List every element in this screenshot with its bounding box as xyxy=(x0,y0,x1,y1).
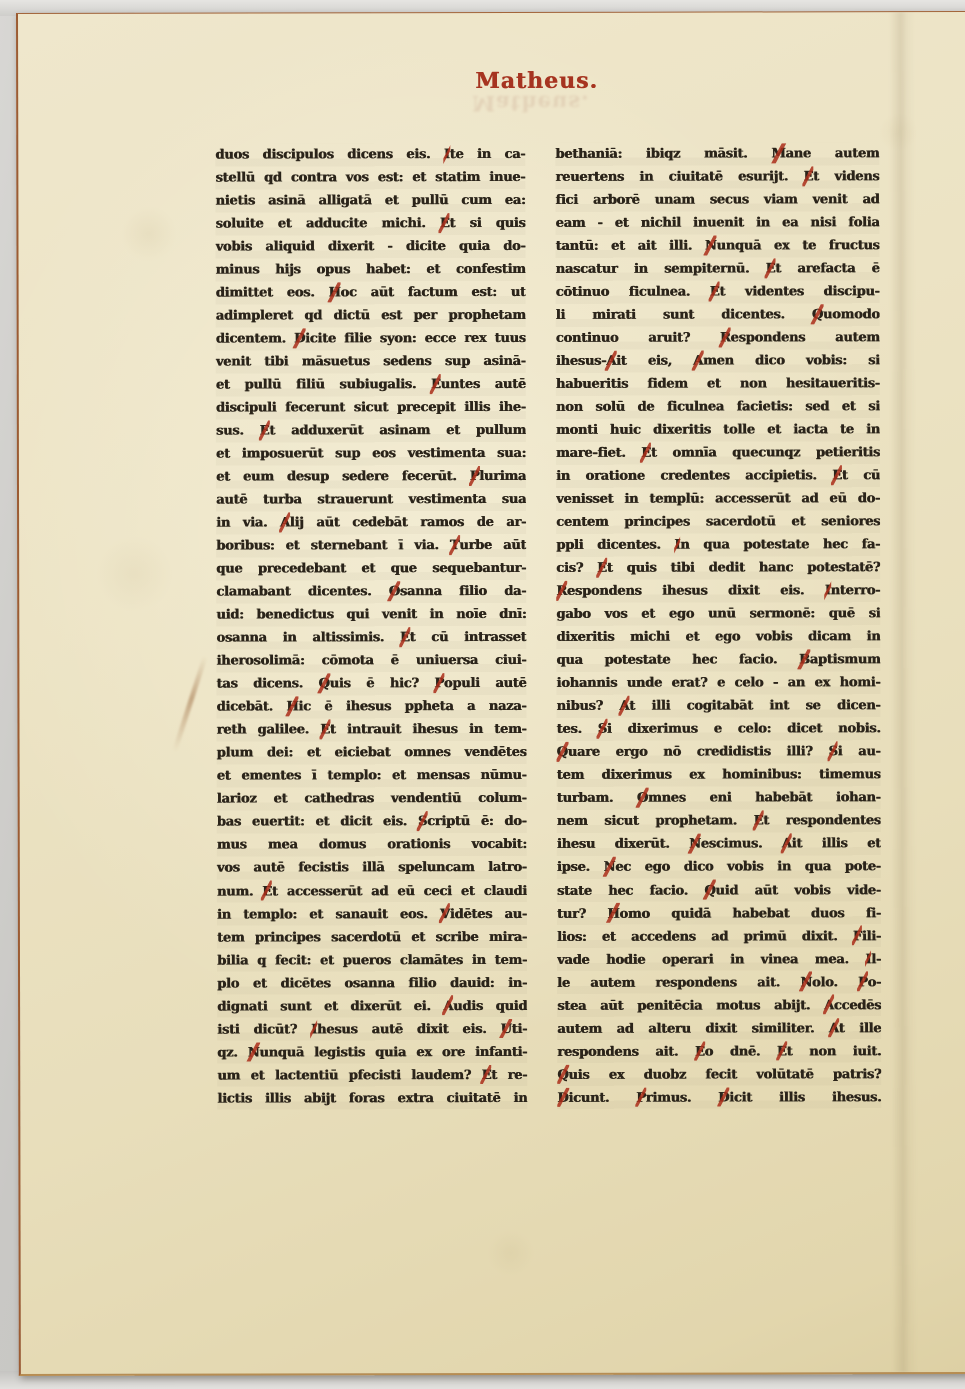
text-line: tas dicens. Quis ē hic? Populi autē xyxy=(216,672,526,696)
rubricated-capital: F xyxy=(853,925,862,948)
text-line: tem principes sacerdotū et scribe mira- xyxy=(217,925,527,949)
text-line: habueritis fidem et non hesitaueritis- xyxy=(556,372,880,396)
text-line: bilia q fecit: et pueros clamātes in tem… xyxy=(217,948,527,972)
text-line: bas euertit: et dicit eis. Scriptū ē: do… xyxy=(217,810,527,834)
text-line: qua potestate hec facio. Baptismum xyxy=(556,649,880,673)
text-line: Dicunt. Primus. Dicit illis ihesus. xyxy=(557,1086,881,1110)
rubricated-capital: E xyxy=(597,557,607,580)
text-line: lictis illis abijt foras extra ciuitatē … xyxy=(217,1087,527,1111)
text-line: larioz et cathedras vendentiū colum- xyxy=(217,787,527,811)
text-line: cis? Et quis tibi dedit hanc potestatē? xyxy=(556,556,880,580)
text-line: autem ad alteru dixit similiter. At ille xyxy=(557,1017,881,1041)
rubricated-capital: E xyxy=(481,1064,491,1087)
rubricated-capital: H xyxy=(328,281,340,304)
text-line: clamabant dicentes. Osanna filio da- xyxy=(216,580,526,604)
text-line: reth galilee. Et intrauit ihesus in tem- xyxy=(216,718,526,742)
text-line: dicentem. Dicite filie syon: ecce rex tu… xyxy=(216,327,526,351)
rubricated-capital: H xyxy=(607,902,619,925)
manuscript-photo: Matheus. Matheus. duos discipulos dicens… xyxy=(0,0,965,1389)
rubricated-capital: A xyxy=(782,833,792,856)
rubricated-capital: E xyxy=(803,165,813,188)
text-line: Quis ex duobz fecit volūtatē patris? xyxy=(557,1063,881,1087)
text-line: et pullū filiū subiugalis. Euntes autē xyxy=(216,373,526,397)
rubricated-capital: N xyxy=(800,971,812,994)
rubricated-capital: R xyxy=(720,327,731,350)
rubricated-capital: H xyxy=(286,696,298,719)
text-line: adimpleret qd dictū est per prophetam xyxy=(216,304,526,328)
text-line: tur? Homo quidā habebat duos fi- xyxy=(557,902,881,926)
text-line: le autem respondens ait. Nolo. Po- xyxy=(557,971,881,995)
rubricated-capital: A xyxy=(280,512,290,535)
text-line: vobis aliquid dixerit - dicite quia do- xyxy=(215,235,525,259)
rubricated-capital: N xyxy=(689,833,701,856)
rubricated-capital: E xyxy=(440,212,450,235)
text-line: in via. Alij aūt cedebāt ramos de ar- xyxy=(216,511,526,535)
rubricated-capital: P xyxy=(434,672,444,695)
rubricated-capital: Q xyxy=(704,879,715,902)
text-line: venit tibi māsuetus sedens sup asinā- xyxy=(216,350,526,374)
rubricated-capital: M xyxy=(771,142,785,165)
text-line: bethaniā: ibiqz māsit. Mane autem xyxy=(555,142,879,166)
text-line: mare-fiet. Et omnīa quecunqz petieritis xyxy=(556,441,880,465)
text-line: stea aūt penitēcia motus abijt. Accedēs xyxy=(557,994,881,1018)
text-line: dignati sunt et dixerūt ei. Audis quid xyxy=(217,995,527,1019)
rubricated-capital: E xyxy=(710,281,720,304)
rubricated-capital: N xyxy=(603,856,615,879)
text-line: num. Et accesserūt ad eū ceci et claudi xyxy=(217,879,527,903)
rubricated-capital: E xyxy=(431,373,441,396)
text-line: iohannis unde erat? e celo - an ex homi- xyxy=(556,672,880,696)
rubricated-capital: R xyxy=(556,580,567,603)
rubricated-capital: E xyxy=(765,257,775,280)
vellum-scar xyxy=(172,655,207,752)
text-line: fici arborē unam secus viam venit ad xyxy=(555,188,879,212)
running-title: Matheus. xyxy=(62,67,965,95)
rubricated-capital: D xyxy=(557,1086,568,1109)
rubricated-capital: A xyxy=(606,350,616,373)
rubricated-capital: E xyxy=(777,1040,787,1063)
text-line: autē turba strauerunt vestimenta sua xyxy=(216,488,526,512)
text-line: state hec facio. Quid aūt vobis vide- xyxy=(557,879,881,903)
manuscript-leaf: Matheus. Matheus. duos discipulos dicens… xyxy=(16,11,965,1376)
text-line: stellū qd contra vos est: et statim inue… xyxy=(215,166,525,190)
text-line: um et lactentiū pfecisti laudem? Et re- xyxy=(217,1064,527,1088)
rubricated-capital: I xyxy=(444,143,450,166)
text-line: dicebāt. Hic ē ihesus ppheta a naza- xyxy=(216,695,526,719)
text-line: venisset in templū: accesserūt ad eū do- xyxy=(556,487,880,511)
rubricated-capital: A xyxy=(693,350,703,373)
rubricated-capital: U xyxy=(500,1018,511,1041)
text-line: tantū: et ait illi. Nunquā ex te fructus xyxy=(555,234,879,258)
text-line: gabo vos et ego unū sermonē: quē si xyxy=(556,603,880,627)
text-line: in oratione credentes accipietis. Et cū xyxy=(556,464,880,488)
text-line: minus hijs opus habet: et confestim xyxy=(216,258,526,282)
rubricated-capital: O xyxy=(389,580,400,603)
text-line: et imposuerūt sup eos vestimenta sua: xyxy=(216,442,526,466)
rubricated-capital: S xyxy=(418,811,427,834)
rubricated-capital: B xyxy=(799,649,810,672)
rubricated-capital: Q xyxy=(318,673,329,696)
text-line: nascatur in sempiternū. Et arefacta ē xyxy=(556,257,880,281)
text-line: osanna in altissimis. Et cū intrasset xyxy=(216,626,526,650)
text-line: vos autē fecistis illā speluncam latro- xyxy=(217,856,527,880)
rubricated-capital: V xyxy=(440,903,450,926)
text-line: tes. Si dixerimus e celo: dicet nobis. xyxy=(556,718,880,742)
text-line: vade hodie operari in vinea mea. Il- xyxy=(557,948,881,972)
text-line: mus mea domus orationis vocabit: xyxy=(217,833,527,857)
rubricated-capital: P xyxy=(636,1086,646,1109)
text-line: ppli dicentes. In qua potestate hec fa- xyxy=(556,533,880,557)
text-line: que precedebant et que sequebantur- xyxy=(216,557,526,581)
text-line: nibus? At illi cogitabāt int se dicen- xyxy=(556,695,880,719)
rubricated-capital: I xyxy=(674,534,680,557)
rubricated-capital: E xyxy=(832,464,842,487)
rubricated-capital: P xyxy=(470,465,480,488)
text-line: isti dicūt? Ihesus autē dixit eis. Uti- xyxy=(217,1018,527,1042)
text-line: qz. Nunquā legistis quia ex ore infanti- xyxy=(217,1041,527,1065)
rubricated-capital: I xyxy=(311,1018,317,1041)
text-line: dixeritis michi et ego vobis dicam in xyxy=(556,626,880,650)
text-line: centem principes sacerdotū et seniores xyxy=(556,510,880,534)
text-line: iherosolimā: cōmota ē uniuersa ciui- xyxy=(216,649,526,673)
text-line: turbam. Omnes eni habebāt iohan- xyxy=(557,787,881,811)
text-line: soluite et adducite michi. Et si quis xyxy=(215,212,525,236)
text-line: reuertens in ciuitatē esurijt. Et videns xyxy=(555,165,879,189)
text-line: nem sicut prophetam. Et respondentes xyxy=(557,810,881,834)
rubricated-capital: E xyxy=(695,1040,705,1063)
rubricated-capital: D xyxy=(294,328,305,351)
rubricated-capital: E xyxy=(320,719,330,742)
rubricated-capital: Q xyxy=(557,741,568,764)
rubricated-capital: A xyxy=(824,994,834,1017)
text-line: lios: et accedens ad primū dixit. Fili- xyxy=(557,925,881,949)
rubricated-capital: E xyxy=(262,880,272,903)
rubricated-capital: E xyxy=(641,442,651,465)
rubricated-capital: T xyxy=(450,534,459,557)
rubricated-capital: E xyxy=(400,627,410,650)
rubricated-capital: S xyxy=(828,741,837,764)
text-line: li mirati sunt dicentes. Quomodo xyxy=(556,303,880,327)
text-line: tem dixerimus ex hominibus: timemus xyxy=(557,764,881,788)
rubricated-capital: A xyxy=(443,995,453,1018)
vellum-fold-shadow xyxy=(889,12,918,1372)
rubricated-capital: N xyxy=(248,1041,260,1064)
rubricated-capital: A xyxy=(829,1017,839,1040)
rubricated-capital: A xyxy=(619,695,629,718)
text-line: monti huic dixeritis tolle et iacta te i… xyxy=(556,418,880,442)
rubricated-capital: E xyxy=(753,810,763,833)
text-line: dimittet eos. Hoc aūt factum est: ut xyxy=(216,281,526,305)
text-line: uid: benedictus qui venit in noīe dnī: xyxy=(216,603,526,627)
text-line: non solū de ficulnea facietis: sed et si xyxy=(556,395,880,419)
text-line: ihesus-Ait eis, Amen dico vobis: si xyxy=(556,349,880,373)
text-line: et ementes ī templo: et mensas nūmu- xyxy=(217,764,527,788)
text-line: et eum desup sedere fecerūt. Plurima xyxy=(216,465,526,489)
rubricated-capital: I xyxy=(825,580,831,603)
text-line: nietis asinā alligatā et pullū cum ea: xyxy=(215,189,525,213)
text-line: ihesu dixerūt. Nescimus. Ait illis et xyxy=(557,833,881,857)
rubricated-capital: E xyxy=(259,420,269,443)
text-line: Respondens ihesus dixit eis. Interro- xyxy=(556,579,880,603)
text-line: plum dei: et eiciebat omnes vendētes xyxy=(217,741,527,765)
rubricated-capital: S xyxy=(598,718,607,741)
text-line: ipse. Nec ego dico vobis in qua pote- xyxy=(557,856,881,880)
rubricated-capital: D xyxy=(718,1086,729,1109)
text-line: discipuli fecerunt sicut precepit illis … xyxy=(216,396,526,420)
text-line: duos discipulos dicens eis. Ite in ca- xyxy=(215,143,525,167)
text-line: Quare ergo nō credidistis illi? Si au- xyxy=(557,741,881,765)
rubricated-capital: Q xyxy=(812,303,823,326)
rubricated-capital: N xyxy=(705,235,717,258)
rubricated-capital: I xyxy=(865,948,871,971)
text-line: eam - et nichil inuenit in ea nisi folia xyxy=(555,211,879,235)
text-line: in templo: et sanauit eos. Vidētes au- xyxy=(217,902,527,926)
text-column-left: duos discipulos dicens eis. Ite in ca-st… xyxy=(215,143,527,1111)
text-line: respondens ait. Eo dnē. Et non iuit. xyxy=(557,1040,881,1064)
text-line: plo et dicētes osanna filio dauid: in- xyxy=(217,971,527,995)
text-line: boribus: et sternebant ī via. Turbe aūt xyxy=(216,534,526,558)
rubricated-capital: P xyxy=(858,971,868,994)
rubricated-capital: Q xyxy=(557,1063,568,1086)
rubricated-capital: O xyxy=(637,787,648,810)
text-line: cōtinuo ficulnea. Et videntes discipu- xyxy=(556,280,880,304)
text-column-right: bethaniā: ibiqz māsit. Mane autemreuerte… xyxy=(555,142,881,1110)
text-line: continuo aruit? Respondens autem xyxy=(556,326,880,350)
text-line: sus. Et adduxerūt asinam et pullum xyxy=(216,419,526,443)
